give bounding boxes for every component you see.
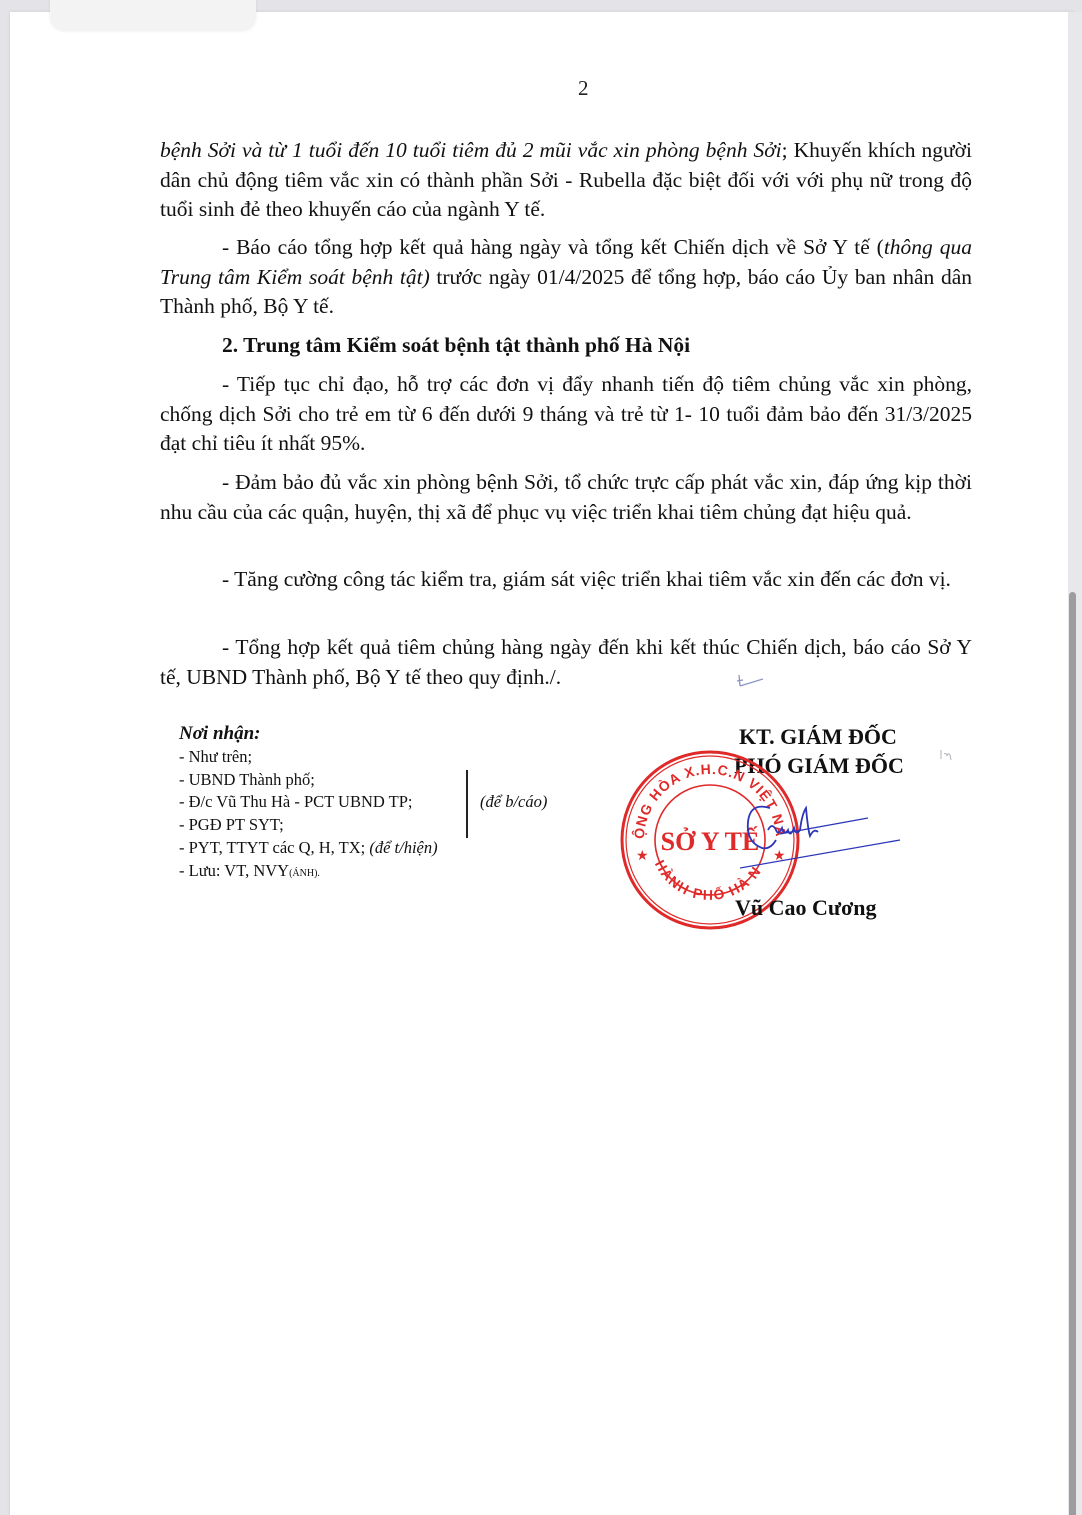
- recipient-item: - Như trên;: [179, 746, 438, 769]
- recipient-item: - PGĐ PT SYT;: [179, 814, 438, 837]
- section-item-1: - Tiếp tục chỉ đạo, hỗ trợ các đơn vị đẩ…: [160, 370, 972, 459]
- page-number: 2: [578, 76, 589, 101]
- paragraph-lead-text: - Báo cáo tổng hợp kết quả hàng ngày và …: [222, 235, 884, 259]
- section-item-text: - Đảm bảo đủ vắc xin phòng bệnh Sởi, tổ …: [160, 470, 972, 524]
- stamp-star-icon: ★: [636, 849, 649, 864]
- handwritten-signature-icon: [740, 800, 910, 880]
- recipient-text: - PYT, TTYT các Q, H, TX;: [179, 838, 369, 857]
- paragraph-vaccination-encouragement: bệnh Sởi và từ 1 tuổi đến 10 tuổi tiêm đ…: [160, 136, 972, 225]
- section-item-3: - Tăng cường công tác kiểm tra, giám sát…: [160, 565, 972, 595]
- initial-mark-icon: [735, 672, 767, 692]
- section-item-4: - Tổng hợp kết quả tiêm chủng hàng ngày …: [160, 633, 972, 692]
- section-heading: 2. Trung tâm Kiểm soát bệnh tật thành ph…: [160, 331, 972, 361]
- recipient-group-note: (để b/cáo): [480, 792, 547, 812]
- section-item-text: - Tổng hợp kết quả tiêm chủng hàng ngày …: [160, 635, 972, 689]
- recipient-suffix: (ÁNH).: [289, 868, 320, 879]
- recipient-item: - PYT, TTYT các Q, H, TX; (để t/hiện): [179, 837, 438, 860]
- recipient-note: (để t/hiện): [369, 838, 437, 857]
- signature-title-line-1: KT. GIÁM ĐỐC: [739, 724, 897, 750]
- section-item-2: - Đảm bảo đủ vắc xin phòng bệnh Sởi, tổ …: [160, 468, 972, 527]
- paragraph-reporting: - Báo cáo tổng hợp kết quả hàng ngày và …: [160, 233, 972, 322]
- recipient-item: - Lưu: VT, NVY(ÁNH).: [179, 860, 438, 886]
- signer-name: Vũ Cao Cương: [735, 895, 877, 921]
- recipients-block: Nơi nhận: - Như trên; - UBND Thành phố; …: [179, 722, 438, 885]
- scrollbar-thumb[interactable]: [1069, 592, 1076, 1515]
- recipient-text: - Lưu: VT, NVY: [179, 861, 289, 880]
- recipients-title: Nơi nhận:: [179, 722, 438, 746]
- paragraph-italic-text: bệnh Sởi và từ 1 tuổi đến 10 tuổi tiêm đ…: [160, 138, 782, 162]
- recipient-item: - UBND Thành phố;: [179, 769, 438, 792]
- section-heading-text: 2. Trung tâm Kiểm soát bệnh tật thành ph…: [222, 333, 690, 357]
- section-item-text: - Tiếp tục chỉ đạo, hỗ trợ các đơn vị đẩ…: [160, 372, 972, 455]
- section-item-text: - Tăng cường công tác kiểm tra, giám sát…: [222, 567, 951, 591]
- recipient-group-bracket: [466, 770, 468, 838]
- recipient-item: - Đ/c Vũ Thu Hà - PCT UBND TP;: [179, 791, 438, 814]
- initial-mark-icon: [938, 748, 958, 762]
- page-indicator[interactable]: 2 / 2: [50, 0, 256, 30]
